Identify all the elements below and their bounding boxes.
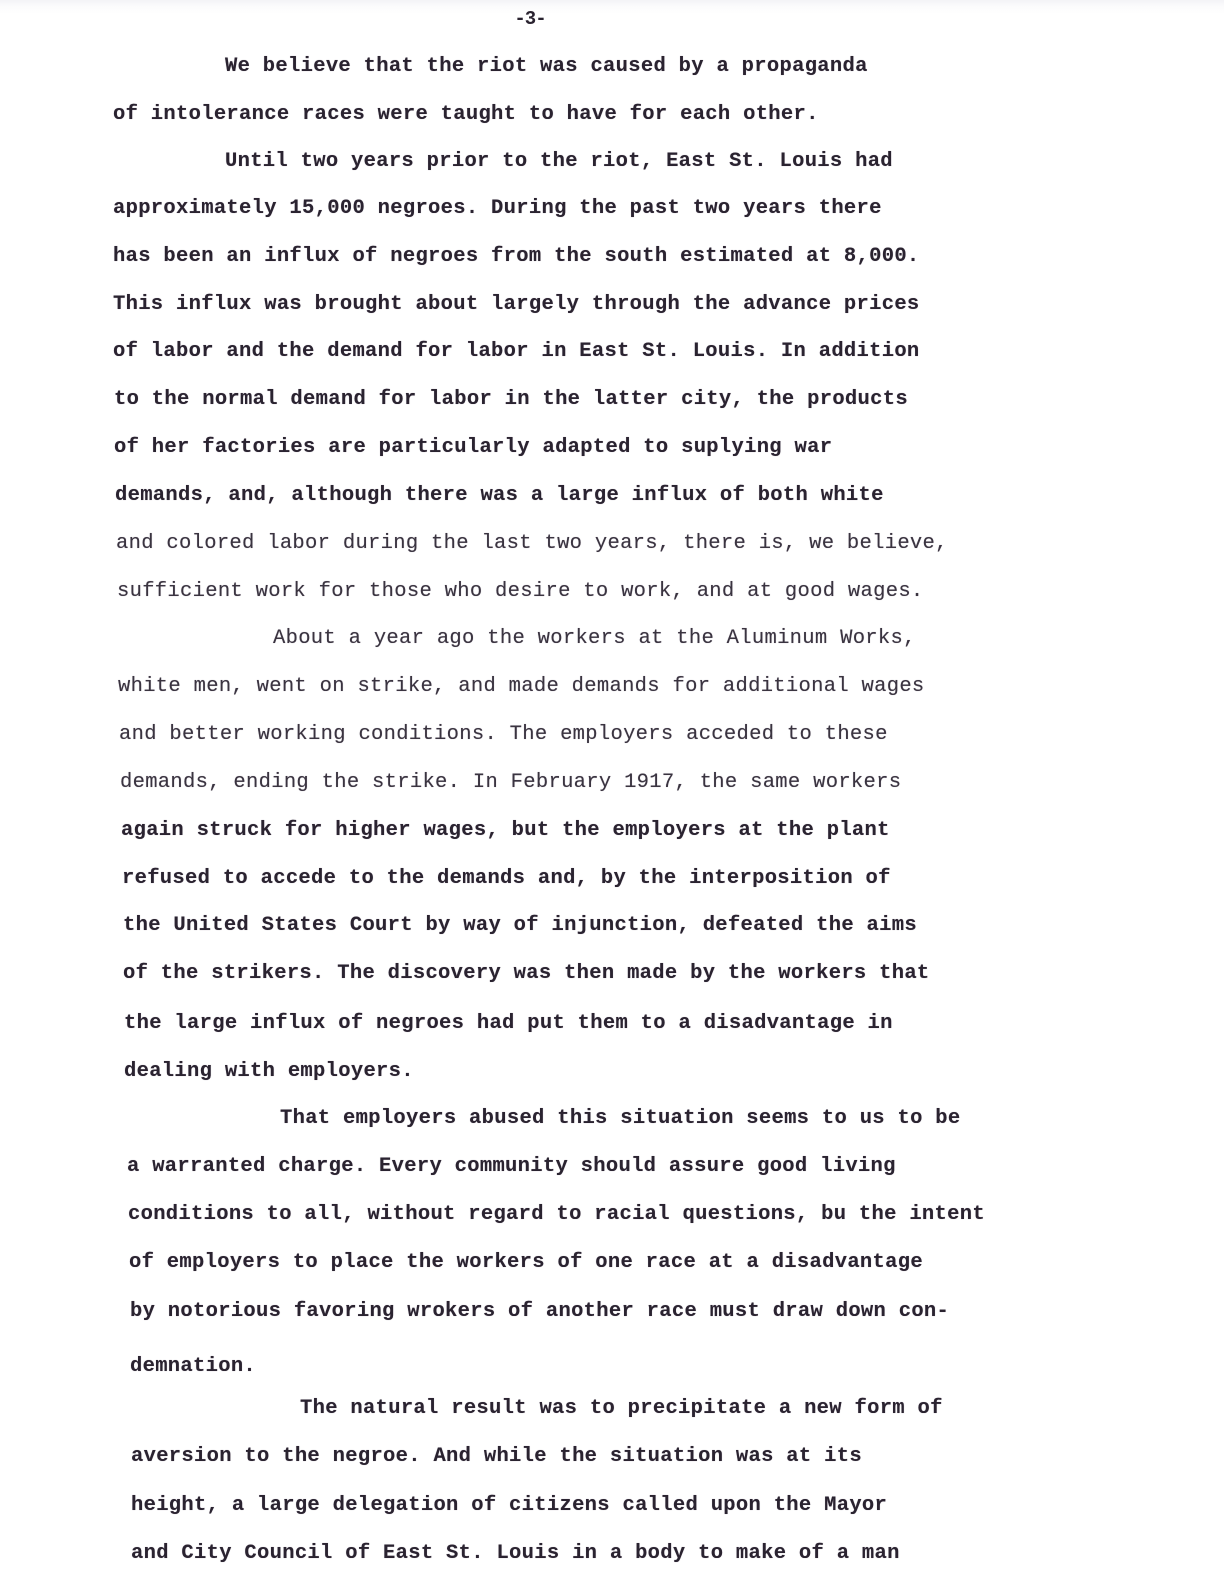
text-line: The natural result was to precipitate a … <box>300 1397 943 1420</box>
text-line: by notorious favoring wrokers of another… <box>130 1300 949 1323</box>
text-line: the United States Court by way of injunc… <box>123 914 917 937</box>
text-line: approximately 15,000 negroes. During the… <box>113 197 882 220</box>
text-line: of employers to place the workers of one… <box>129 1251 923 1274</box>
text-line: height, a large delegation of citizens c… <box>131 1494 887 1517</box>
text-line: refused to accede to the demands and, by… <box>122 867 891 890</box>
text-line: and City Council of East St. Louis in a … <box>131 1542 900 1565</box>
page-number: -3- <box>500 8 560 30</box>
text-line: dealing with employers. <box>124 1060 414 1083</box>
document-page: -3- We believe that the riot was caused … <box>0 0 1224 1584</box>
text-line: This influx was brought about largely th… <box>113 293 920 316</box>
text-line: About a year ago the workers at the Alum… <box>273 627 916 650</box>
text-line: conditions to all, without regard to rac… <box>128 1203 985 1226</box>
text-line: and better working conditions. The emplo… <box>119 723 888 746</box>
text-line: has been an influx of negroes from the s… <box>113 245 920 268</box>
text-line: to the normal demand for labor in the la… <box>114 388 908 411</box>
text-line: the large influx of negroes had put them… <box>124 1012 893 1035</box>
text-line: aversion to the negroe. And while the si… <box>131 1445 862 1468</box>
text-line: of labor and the demand for labor in Eas… <box>113 340 920 363</box>
text-line: of intolerance races were taught to have… <box>113 103 819 126</box>
text-line: of the strikers. The discovery was then … <box>123 962 930 985</box>
text-line: demands, ending the strike. In February … <box>120 771 901 794</box>
text-line: That employers abused this situation see… <box>280 1107 961 1130</box>
text-line: white men, went on strike, and made dema… <box>118 675 925 698</box>
text-line: demands, and, although there was a large… <box>115 484 884 507</box>
text-line: a warranted charge. Every community shou… <box>127 1155 896 1178</box>
text-line: of her factories are particularly adapte… <box>114 436 832 459</box>
text-line: demnation. <box>130 1355 256 1378</box>
text-line: again struck for higher wages, but the e… <box>121 819 890 842</box>
text-line: We believe that the riot was caused by a… <box>225 55 868 78</box>
text-line: Until two years prior to the riot, East … <box>225 150 893 173</box>
text-line: sufficient work for those who desire to … <box>117 580 924 603</box>
text-line: and colored labor during the last two ye… <box>116 532 948 555</box>
